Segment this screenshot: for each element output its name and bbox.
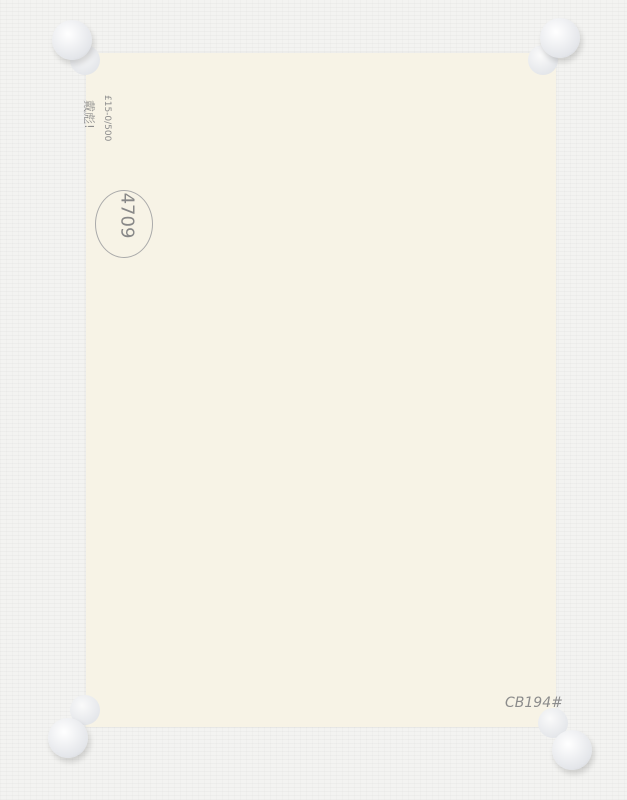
handwritten-name: 戴彪! <box>81 100 98 129</box>
paper-sheet <box>86 53 556 727</box>
handwritten-price: £15-0/500 <box>102 95 112 141</box>
circled-number: 4709 <box>116 193 137 239</box>
